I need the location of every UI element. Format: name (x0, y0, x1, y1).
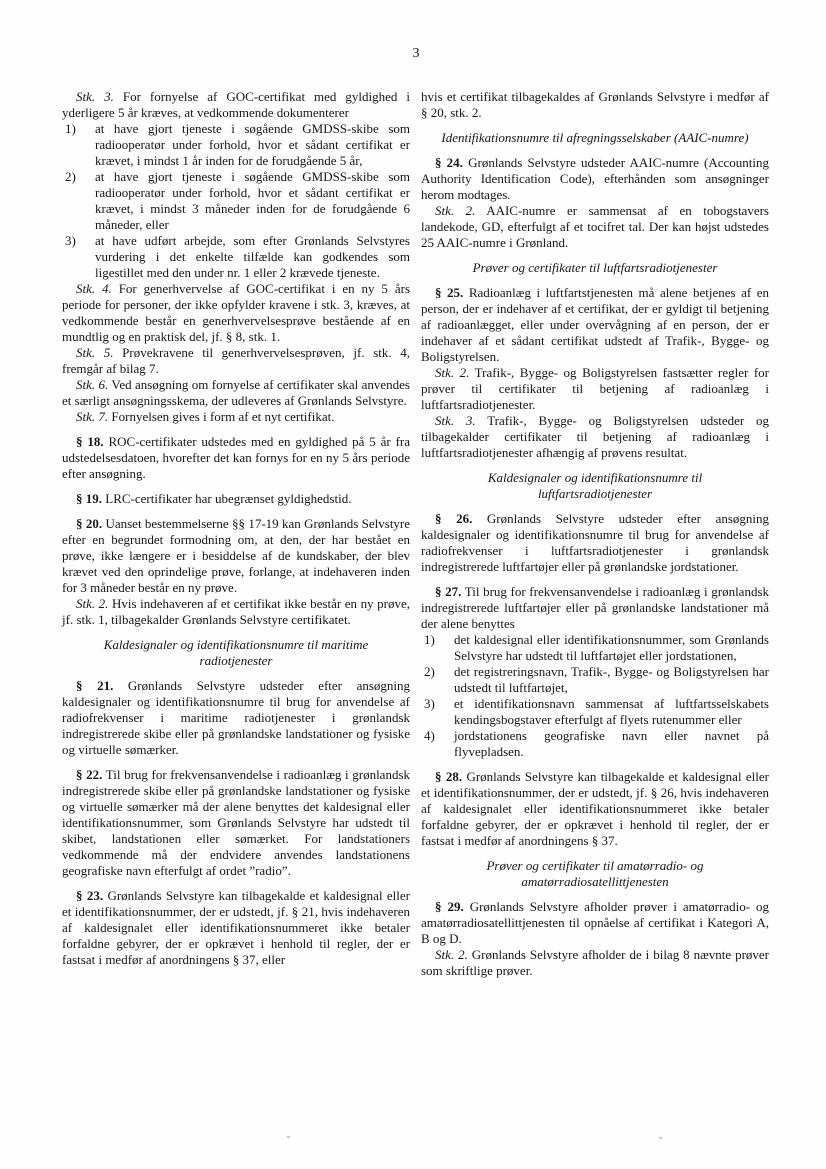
section-heading: Prøver og certifikater til amatørradio- … (421, 858, 769, 890)
paragraph-text: Trafik-, Bygge- og Boligstyrelsen fastsæ… (421, 365, 769, 412)
stk-paragraph: Stk. 2. Grønlands Selvstyre afholder de … (421, 947, 769, 979)
paragraph-lead: § 28. (435, 769, 462, 784)
list-marker: 1) (424, 632, 435, 648)
paragraph-lead: § 25. (435, 285, 463, 300)
list-text: det kaldesignal eller identifikationsnum… (454, 632, 769, 663)
list-item: 3)at have udført arbejde, som efter Grøn… (62, 233, 410, 281)
paragraph-lead: Stk. 6. (76, 377, 108, 392)
stk-paragraph: Stk. 5. Prøvekravene til generhvervelses… (62, 345, 410, 377)
paragraph-text: Til brug for frekvensanvendelse i radioa… (62, 767, 410, 878)
paragraph-lead: Stk. 2. (76, 596, 108, 611)
section-paragraph: § 20. Uanset bestemmelserne §§ 17-19 kan… (62, 516, 410, 596)
stk-paragraph: Stk. 3. For fornyelse af GOC-certifikat … (62, 89, 410, 121)
heading-text: Prøver og certifikater til luftfartsradi… (473, 260, 718, 275)
paragraph-lead: § 22. (76, 767, 102, 782)
stk-paragraph: Stk. 2. Hvis indehaveren af et certifika… (62, 596, 410, 628)
list-item: 1)at have gjort tjeneste i søgående GMDS… (62, 121, 410, 169)
paragraph-lead: Stk. 2. (435, 947, 468, 962)
list-marker: 4) (424, 728, 435, 744)
section-heading: Identifikationsnumre til afregningsselsk… (421, 130, 769, 146)
left-column: Stk. 3. For fornyelse af GOC-certifikat … (62, 89, 410, 979)
section-paragraph: § 26. Grønlands Selvstyre udsteder efter… (421, 511, 769, 575)
stk-paragraph: Stk. 7. Fornyelsen gives i form af et ny… (62, 409, 410, 425)
list-item: 4)jordstationens geografiske navn eller … (421, 728, 769, 760)
paragraph-lead: § 29. (435, 899, 464, 914)
section-heading: Prøver og certifikater til luftfartsradi… (421, 260, 769, 276)
section-heading: Kaldesignaler og identifikationsnumre ti… (62, 637, 410, 669)
section-paragraph: § 19. LRC-certifikater har ubegrænset gy… (62, 491, 410, 507)
paragraph-lead: § 24. (435, 155, 463, 170)
paragraph-text: ROC-certifikater udstedes med en gyldigh… (62, 434, 410, 481)
list-text: et identifikationsnavn sammensat af luft… (454, 696, 769, 727)
heading-text: Identifikationsnumre til afregningsselsk… (441, 130, 748, 145)
paragraph-lead: § 26. (435, 511, 472, 526)
section-paragraph: § 22. Til brug for frekvensanvendelse i … (62, 767, 410, 879)
paragraph-text: Grønlands Selvstyre kan tilbagekalde et … (62, 888, 410, 967)
paragraph-text: Hvis indehaveren af et certifikat ikke b… (62, 596, 410, 627)
paragraph-lead: Stk. 5. (76, 345, 114, 360)
section-heading: Kaldesignaler og identifikationsnumre ti… (421, 470, 769, 502)
paragraph-lead: § 19. (76, 491, 102, 506)
section-paragraph: § 24. Grønlands Selvstyre udsteder AAIC-… (421, 155, 769, 203)
paragraph-text: Grønlands Selvstyre udsteder efter ansøg… (421, 511, 769, 574)
list-text: at have udført arbejde, som efter Grønla… (95, 233, 410, 280)
paragraph-text: Grønlands Selvstyre kan tilbagekalde et … (421, 769, 769, 848)
paragraph-text: Prøvekravene til generhvervelsesprøven, … (62, 345, 410, 376)
paragraph-lead: § 27. (435, 584, 461, 599)
list-marker: 3) (424, 696, 435, 712)
heading-text: Prøver og certifikater til amatørradio- … (486, 858, 703, 889)
paragraph-text: Fornyelsen gives i form af et nyt certif… (111, 409, 334, 424)
paragraph-text: Til brug for frekvensanvendelse i radioa… (421, 584, 769, 631)
stk-paragraph: Stk. 4. For generhvervelse af GOC-certif… (62, 281, 410, 345)
section-paragraph: § 23. Grønlands Selvstyre kan tilbagekal… (62, 888, 410, 968)
section-paragraph: § 18. ROC-certifikater udstedes med en g… (62, 434, 410, 482)
section-paragraph: § 28. Grønlands Selvstyre kan tilbagekal… (421, 769, 769, 849)
paragraph-lead: Stk. 3. (76, 89, 114, 104)
section-paragraph: § 25. Radioanlæg i luftfartstjenesten må… (421, 285, 769, 365)
list-item: 1)det kaldesignal eller identifikationsn… (421, 632, 769, 664)
scan-artifact-right (659, 1137, 662, 1139)
paragraph-text: Ved ansøgning om fornyelse af certifikat… (62, 377, 410, 408)
paragraph-text: LRC-certifikater har ubegrænset gyldighe… (105, 491, 351, 506)
paragraph-text: Uanset bestemmelserne §§ 17-19 kan Grønl… (62, 516, 410, 595)
paragraph-text: hvis et certifikat tilbagekaldes af Grøn… (421, 89, 769, 120)
list-text: jordstationens geografiske navn eller na… (454, 728, 769, 759)
continuation-paragraph: hvis et certifikat tilbagekaldes af Grøn… (421, 89, 769, 121)
right-column: hvis et certifikat tilbagekaldes af Grøn… (421, 89, 769, 979)
heading-text: Kaldesignaler og identifikationsnumre ti… (104, 637, 369, 668)
paragraph-text: For fornyelse af GOC-certifikat med gyld… (62, 89, 410, 120)
paragraph-text: For generhvervelse af GOC-certifikat i e… (62, 281, 410, 344)
paragraph-text: Grønlands Selvstyre udsteder efter ansøg… (62, 678, 410, 757)
section-paragraph: § 27. Til brug for frekvensanvendelse i … (421, 584, 769, 632)
list-marker: 2) (424, 664, 435, 680)
paragraph-lead: § 21. (76, 678, 113, 693)
scan-artifact-left (287, 1136, 290, 1138)
paragraph-lead: § 23. (76, 888, 103, 903)
page-number: 3 (62, 46, 770, 62)
paragraph-lead: Stk. 2. (435, 365, 469, 380)
list-marker: 2) (65, 169, 76, 185)
paragraph-text: Grønlands Selvstyre afholder prøver i am… (421, 899, 769, 946)
document-page: 3 Stk. 3. For fornyelse af GOC-certifika… (0, 0, 826, 1169)
list-marker: 1) (65, 121, 76, 137)
paragraph-text: Radioanlæg i luftfartstjenesten må alene… (421, 285, 769, 364)
paragraph-lead: Stk. 3. (435, 413, 476, 428)
stk-paragraph: Stk. 6. Ved ansøgning om fornyelse af ce… (62, 377, 410, 409)
paragraph-lead: Stk. 4. (76, 281, 112, 296)
paragraph-lead: § 20. (76, 516, 102, 531)
stk-paragraph: Stk. 3. Trafik-, Bygge- og Boligstyrelse… (421, 413, 769, 461)
paragraph-lead: § 18. (76, 434, 104, 449)
section-paragraph: § 29. Grønlands Selvstyre afholder prøve… (421, 899, 769, 947)
paragraph-lead: Stk. 7. (76, 409, 108, 424)
text-columns: Stk. 3. For fornyelse af GOC-certifikat … (62, 89, 770, 979)
stk-paragraph: Stk. 2. AAIC-numre er sammensat af en to… (421, 203, 769, 251)
heading-text: Kaldesignaler og identifikationsnumre ti… (488, 470, 702, 501)
list-text: at have gjort tjeneste i søgående GMDSS-… (95, 121, 410, 168)
list-text: det registreringsnavn, Trafik-, Bygge- o… (454, 664, 769, 695)
paragraph-text: Grønlands Selvstyre afholder de i bilag … (421, 947, 769, 978)
paragraph-text: Grønlands Selvstyre udsteder AAIC-numre … (421, 155, 769, 202)
list-item: 2)at have gjort tjeneste i søgående GMDS… (62, 169, 410, 233)
stk-paragraph: Stk. 2. Trafik-, Bygge- og Boligstyrelse… (421, 365, 769, 413)
list-text: at have gjort tjeneste i søgående GMDSS-… (95, 169, 410, 232)
list-marker: 3) (65, 233, 76, 249)
list-item: 2)det registreringsnavn, Trafik-, Bygge-… (421, 664, 769, 696)
section-paragraph: § 21. Grønlands Selvstyre udsteder efter… (62, 678, 410, 758)
list-item: 3)et identifikationsnavn sammensat af lu… (421, 696, 769, 728)
paragraph-lead: Stk. 2. (435, 203, 475, 218)
